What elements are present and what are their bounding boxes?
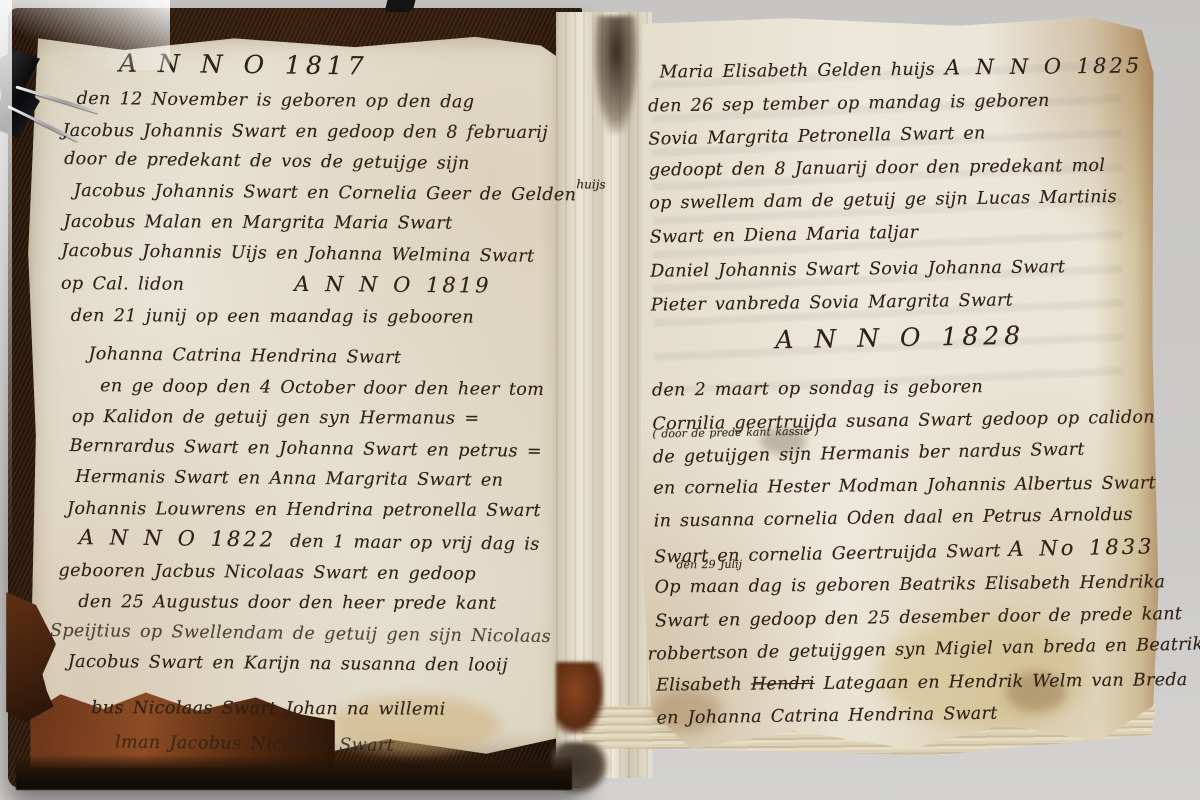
heading-text: A N N O 1817 — [119, 49, 369, 81]
line-text: bus Nicolaas Swart Johan na willemi — [91, 698, 445, 720]
line-text: Johanna Catrina Hendrina Swart — [88, 344, 401, 368]
line-text: de getuijgen sijn Hermanis ber nardus Sw… — [653, 440, 1085, 468]
manuscript-line: en ge doop den 4 October door den heer t… — [100, 371, 565, 406]
anno-1825-heading: A N N O 1825 — [945, 53, 1143, 79]
line-text: op swellem dam de getuij ge sijn Lucas M… — [649, 187, 1117, 214]
line-text: Swart en gedoop den 25 desember door de … — [655, 604, 1182, 631]
manuscript-line: op Cal. lidonA N N O 1819 — [61, 267, 566, 304]
left-page-text: A N N O 1817 den 12 November is geboren … — [57, 44, 568, 763]
line-text: Daniel Johannis Swart Sovia Johanna Swar… — [650, 257, 1065, 281]
line-text: Johannis Louwrens en Hendrina petronella… — [67, 498, 541, 520]
line-text: in susanna cornelia Oden daal en Petrus … — [654, 505, 1133, 532]
line-text: Sovia Margrita Petronella Swart en — [648, 123, 986, 149]
manuscript-line: Jacobus Johannis Swart en Cornelia Geer … — [74, 175, 567, 210]
huijs-insertion: huijs — [576, 169, 605, 200]
line-text: Elisabeth — [656, 674, 751, 695]
anno-1817-heading: A N N O 1817 — [119, 44, 568, 89]
line-text: Jacobus Johannis Swart en Cornelia Geer … — [74, 180, 577, 204]
line-text: den 21 junij op een maandag is gebooren — [71, 305, 474, 327]
photograph-of-register-book: A N N O 1817 den 12 November is geboren … — [0, 0, 1200, 800]
manuscript-line: Johannis Louwrens en Hendrina petronella… — [67, 493, 564, 526]
line-text: Jacobus Johannis Swart en gedoop den 8 f… — [62, 120, 548, 142]
line-text: Pieter vanbreda Sovia Margrita Swart — [651, 290, 1014, 315]
manuscript-line: Maria Elisabeth Gelden huijsA N N O 1825 — [659, 49, 1145, 89]
struck-word: Hendri — [751, 673, 815, 694]
heading-text: A N N O 1828 — [775, 321, 1025, 355]
line-text: den 25 Augustus door den heer prede kant — [78, 592, 496, 614]
gutter-smudge — [594, 16, 638, 134]
line-text: Bernrardus Swart en Johanna Swart en pet… — [70, 436, 543, 462]
line-text: Jacobus Swart en Karijn na susanna den l… — [68, 652, 508, 676]
line-text: den 1 maar op vrij dag is — [290, 532, 540, 555]
right-page-text: Maria Elisabeth Gelden huijsA N N O 1825… — [647, 49, 1154, 735]
line-text: Maria Elisabeth Gelden huijs — [659, 60, 935, 83]
manuscript-line: A N N O 1822den 1 maar op vrij dag is — [79, 522, 564, 560]
torn-paper-leather-reveal — [556, 662, 604, 734]
line-text: op Kalidon de getuij gen syn Hermanus = — [72, 407, 480, 429]
line-text: Speijtius op Swellendam de getuij gen si… — [50, 620, 551, 646]
manuscript-line: en Johanna Catrina Hendrina Swart — [656, 695, 1154, 734]
julij-interlinear-note: den 29 Julij — [676, 559, 742, 571]
line-text: den 26 sep tember op mandag is geboren — [648, 90, 1050, 116]
anno-1833-heading: A No 1833 — [1008, 534, 1154, 561]
line-text: lman Jacobus Nicolaas Swart — [115, 733, 394, 756]
line-text: Op maan dag is geboren Beatriks Elisabet… — [655, 572, 1166, 597]
manuscript-line: Jacobus Swart en Karijn na susanna den l… — [68, 647, 563, 682]
manuscript-line: Hermanis Swart en Anna Margrita Swart en — [75, 462, 564, 497]
manuscript-line: Jacobus Malan en Margrita Maria Swart — [64, 207, 567, 240]
line-text: Swart en Diena Maria taljar — [650, 222, 919, 247]
anno-1822-heading: A N N O 1822 — [79, 525, 277, 551]
clip-tab — [385, 0, 416, 12]
manuscript-line: gebooren Jacbus Nicolaas Swart en gedoop — [58, 555, 563, 590]
manuscript-line: op Kalidon de getuij gen syn Hermanus = — [72, 402, 565, 435]
line-text: robbertson de getuijggen syn Migiel van … — [647, 634, 1200, 664]
kassie-interlinear-note: ( door de prede kant kassie ) — [652, 426, 818, 440]
manuscript-line: Jacobus Johannis Swart en gedoop den 8 f… — [62, 115, 567, 148]
line-text: en ge doop den 4 October door den heer t… — [100, 376, 544, 400]
manuscript-line: den 25 Augustus door den heer prede kant — [78, 587, 563, 620]
line-text: gedoopt den 8 Januarij door den predekan… — [649, 155, 1105, 180]
line-text: op Cal. lidon — [61, 274, 184, 295]
line-text: den 2 maart op sondag is geboren — [652, 377, 983, 400]
anno-1828-heading: A N N O 1828 — [651, 313, 1150, 362]
line-text: den 12 November is geboren op den dag — [77, 89, 475, 112]
manuscript-line-torn: lman Jacobus Nicolaas Swart — [115, 728, 562, 764]
line-text: Hermanis Swart en Anna Margrita Swart en — [75, 467, 503, 491]
anno-1819-heading: A N N O 1819 — [294, 272, 491, 298]
line-text: en cornelia Hester Modman Johannis Alber… — [653, 473, 1156, 498]
binder-clip — [0, 46, 124, 150]
manuscript-line: Johanna Catrina Hendrina Swart — [88, 339, 565, 375]
line-text: en Johanna Catrina Hendrina Swart — [656, 704, 997, 729]
manuscript-line: den 21 junij op een maandag is gebooren — [71, 300, 566, 333]
line-text: Jacobus Johannis Uijs en Johanna Welmina… — [61, 240, 534, 266]
line-text: Jacobus Malan en Margrita Maria Swart — [64, 212, 453, 234]
line-text: gebooren Jacbus Nicolaas Swart en gedoop — [58, 560, 476, 584]
manuscript-line-torn: bus Nicolaas Swart Johan na willemi — [91, 693, 562, 726]
line-text: door de predekant de vos de getuijge sij… — [64, 149, 470, 174]
manuscript-line: den 12 November is geboren op den dag — [77, 84, 568, 119]
line-text: Lategaan en Hendrik Welm van Breda — [815, 670, 1188, 694]
